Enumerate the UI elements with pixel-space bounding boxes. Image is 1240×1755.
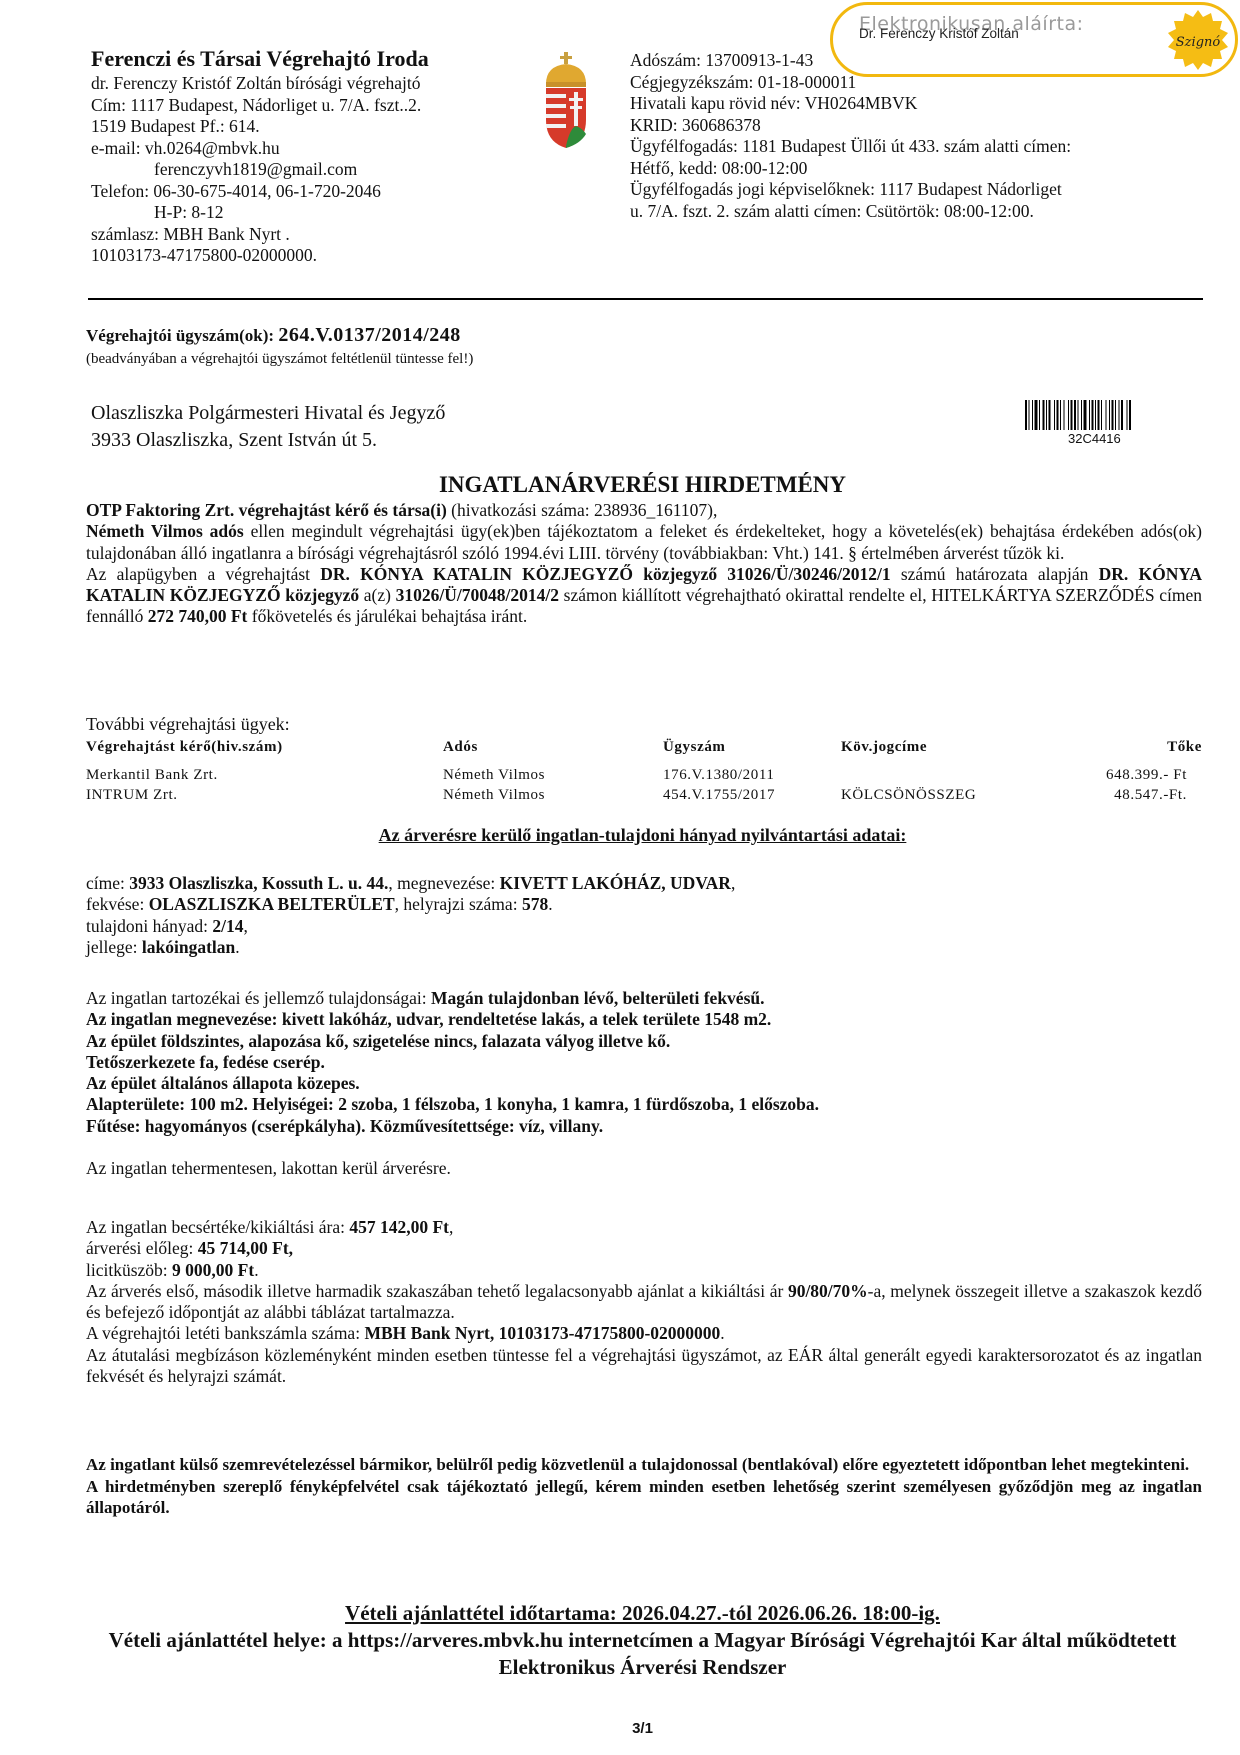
case-number-label: Végrehajtói ügyszám(ok): [86, 326, 274, 345]
debtor: Németh Vilmos adós [86, 521, 244, 541]
phone: Telefon: 06-30-675-4014, 06-1-720-2046 [91, 181, 429, 203]
other-cases-label: További végrehajtási ügyek: [86, 714, 290, 735]
office-hours: H-P: 8-12 [91, 202, 429, 224]
feature-ownership: Magán tulajdonban lévő, belterületi fekv… [431, 988, 764, 1008]
principal-amount: 272 740,00 Ft [148, 606, 248, 626]
table-row: INTRUM Zrt. Németh Vilmos 454.V.1755/201… [86, 787, 1202, 807]
property-lot-number: 578 [522, 894, 548, 914]
col-case-number: Ügyszám [663, 739, 726, 756]
legal-reception-hours: u. 7/A. fszt. 2. szám alatti címen: Csüt… [630, 201, 1071, 223]
email-secondary: ferenczyvh1819@gmail.com [91, 159, 429, 181]
transfer-instructions: Az átutalási megbízáson közleményként mi… [86, 1345, 1202, 1388]
cell-debtor: Németh Vilmos [443, 787, 545, 804]
bidding-place: Vételi ajánlattétel helye: a https://arv… [80, 1627, 1205, 1681]
escrow-label: A végrehajtói letéti bankszámla száma: [86, 1323, 364, 1343]
table-header: Végrehajtást kérő(hiv.szám) Adós Ügyszám… [86, 739, 1202, 759]
legal-reception-address: Ügyfélfogadás jogi képviselőknek: 1117 B… [630, 179, 1071, 201]
name-label: , megnevezése: [388, 873, 499, 893]
creditor: OTP Faktoring Zrt. végrehajtást kérő és … [86, 500, 447, 520]
cell-case-number: 454.V.1755/2017 [663, 787, 775, 804]
cell-debtor: Németh Vilmos [443, 767, 545, 784]
inspection-paragraph: Az ingatlant külső szemrevételezéssel bá… [86, 1454, 1202, 1476]
svg-text:Szignó: Szignó [1176, 35, 1221, 50]
stages-text: Az árverés első, második illetve harmadi… [86, 1281, 788, 1301]
basis-text: Az alapügyben a végrehajtást [86, 564, 320, 584]
property-name: KIVETT LAKÓHÁZ, UDVAR [500, 873, 731, 893]
value-label: Az ingatlan becsértéke/kikiáltási ára: [86, 1217, 349, 1237]
col-claim-title: Köv.jogcíme [841, 739, 927, 756]
bank-name: számlasz: MBH Bank Nyrt . [91, 224, 429, 246]
type-label: jellege: [86, 937, 142, 957]
case-number: 264.V.0137/2014/248 [278, 324, 460, 346]
intro-text: ellen megindult végrehajtási ügy(ek)ben … [86, 521, 1202, 562]
property-section-title: Az árverésre kerülő ingatlan-tulajdoni h… [0, 825, 1240, 846]
feature-line: Az épület földszintes, alapozása kő, szi… [86, 1031, 1202, 1052]
address-label: címe: [86, 873, 129, 893]
property-address: 3933 Olaszliszka, Kossuth L. u. 44. [129, 873, 388, 893]
feature-line: Alapterülete: 100 m2. Helyiségei: 2 szob… [86, 1094, 1202, 1115]
notary-decision: DR. KÓNYA KATALIN KÖZJEGYZŐ közjegyző 31… [320, 564, 890, 584]
cell-principal: 648.399.- Ft [1106, 767, 1187, 784]
deposit-amount: 45 714,00 Ft, [198, 1238, 293, 1258]
bid-increment: 9 000,00 Ft [172, 1260, 254, 1280]
case-number-note: (beadványában a végrehajtói ügyszámot fe… [86, 351, 473, 368]
feature-line: Az ingatlan megnevezése: kivett lakóház,… [86, 1009, 1202, 1030]
addressee: Olaszliszka Polgármesteri Hivatal és Jeg… [91, 400, 445, 454]
bidding-period: Vételi ajánlattétel időtartama: 2026.04.… [0, 1600, 1240, 1627]
pricing: Az ingatlan becsértéke/kikiáltási ára: 4… [86, 1217, 1202, 1387]
reception-address: Ügyfélfogadás: 1181 Budapest Üllői út 43… [630, 136, 1071, 158]
email-primary: e-mail: vh.0264@mbvk.hu [91, 138, 429, 160]
seal-icon: Szignó [1167, 9, 1229, 71]
document-title: INGATLANÁRVERÉSI HIRDETMÉNY [0, 472, 1240, 498]
gateway-name: Hivatali kapu rövid név: VH0264MBVK [630, 93, 1071, 115]
signer-name: Dr. Ferenczy Kristóf Zoltán [859, 26, 1019, 41]
addressee-address: 3933 Olaszliszka, Szent István út 5. [91, 427, 445, 454]
cell-case-number: 176.V.1380/2011 [663, 767, 775, 784]
krid: KRID: 360686378 [630, 115, 1071, 137]
office-header: Ferenczi és Társai Végrehajtó Iroda dr. … [91, 46, 429, 267]
property-share: 2/14 [212, 916, 243, 936]
bailiff-name: dr. Ferenczy Kristóf Zoltán bírósági vég… [91, 73, 429, 95]
creditor-ref: (hivatkozási száma: 238936_161107), [447, 500, 718, 520]
enforcement-doc-number: 31026/Ü/70048/2014/2 [396, 585, 559, 605]
col-principal: Tőke [1167, 739, 1202, 756]
basis-text-2: számú határozata alapján [891, 564, 1099, 584]
office-name: Ferenczi és Társai Végrehajtó Iroda [91, 46, 429, 72]
addressee-name: Olaszliszka Polgármesteri Hivatal és Jeg… [91, 400, 445, 427]
office-details: Adószám: 13700913-1-43 Cégjegyzékszám: 0… [630, 50, 1071, 222]
barcode-icon [1025, 400, 1173, 430]
location-label: fekvése: [86, 894, 149, 914]
hungarian-coat-of-arms-icon [540, 50, 592, 150]
photo-disclaimer: A hirdetményben szereplő fényképfelvétel… [86, 1476, 1202, 1519]
feature-line: Az épület általános állapota közepes. [86, 1073, 1202, 1094]
share-label: tulajdoni hányad: [86, 916, 212, 936]
features-label: Az ingatlan tartozékai és jellemző tulaj… [86, 988, 431, 1008]
intro-paragraph: OTP Faktoring Zrt. végrehajtást kérő és … [86, 500, 1202, 628]
stage-percentages: 90/80/70% [788, 1281, 868, 1301]
reception-hours: Hétfő, kedd: 08:00-12:00 [630, 158, 1071, 180]
inspection-info: Az ingatlant külső szemrevételezéssel bá… [86, 1454, 1202, 1519]
feature-line: Tetőszerkezete fa, fedése cserép. [86, 1052, 1202, 1073]
basis-text-3: a(z) [359, 585, 396, 605]
header-divider [88, 298, 1203, 300]
other-cases-table: Végrehajtást kérő(hiv.szám) Adós Ügyszám… [86, 739, 1202, 807]
bid-label: licitküszöb: [86, 1260, 172, 1280]
deposit-label: árverési előleg: [86, 1238, 198, 1258]
bank-account: 10103173-47175800-02000000. [91, 245, 429, 267]
barcode-text: 32C4416 [1068, 431, 1121, 446]
property-data: címe: 3933 Olaszliszka, Kossuth L. u. 44… [86, 873, 1202, 958]
cell-creditor: INTRUM Zrt. [86, 787, 178, 804]
tax-number: Adószám: 13700913-1-43 [630, 50, 1071, 72]
cell-creditor: Merkantil Bank Zrt. [86, 767, 218, 784]
cell-claim-title: KÖLCSÖNÖSSZEG [841, 787, 976, 804]
col-creditor: Végrehajtást kérő(hiv.szám) [86, 739, 283, 756]
occupancy-status: Az ingatlan tehermentesen, lakottan kerü… [86, 1158, 1202, 1179]
company-reg-number: Cégjegyzékszám: 01-18-000011 [630, 72, 1071, 94]
po-box: 1519 Budapest Pf.: 614. [91, 116, 429, 138]
property-location: OLASZLISZKA BELTERÜLET [149, 894, 395, 914]
property-features: Az ingatlan tartozékai és jellemző tulaj… [86, 988, 1202, 1179]
escrow-account: MBH Bank Nyrt, 10103173-47175800-0200000… [364, 1323, 720, 1343]
table-row: Merkantil Bank Zrt. Németh Vilmos 176.V.… [86, 767, 1202, 787]
cell-principal: 48.547.-Ft. [1114, 787, 1187, 804]
case-number-line: Végrehajtói ügyszám(ok): 264.V.0137/2014… [86, 324, 461, 347]
starting-price: 457 142,00 Ft [349, 1217, 449, 1237]
property-type: lakóingatlan [142, 937, 235, 957]
feature-line: Fűtése: hagyományos (cserépkályha). Közm… [86, 1116, 1202, 1137]
office-address: Cím: 1117 Budapest, Nádorliget u. 7/A. f… [91, 95, 429, 117]
basis-text-5: főkövetelés és járulékai behajtása iránt… [247, 606, 527, 626]
lot-label: , helyrajzi száma: [395, 894, 522, 914]
page-number: 3/1 [0, 1720, 1240, 1737]
col-debtor: Adós [443, 739, 478, 756]
